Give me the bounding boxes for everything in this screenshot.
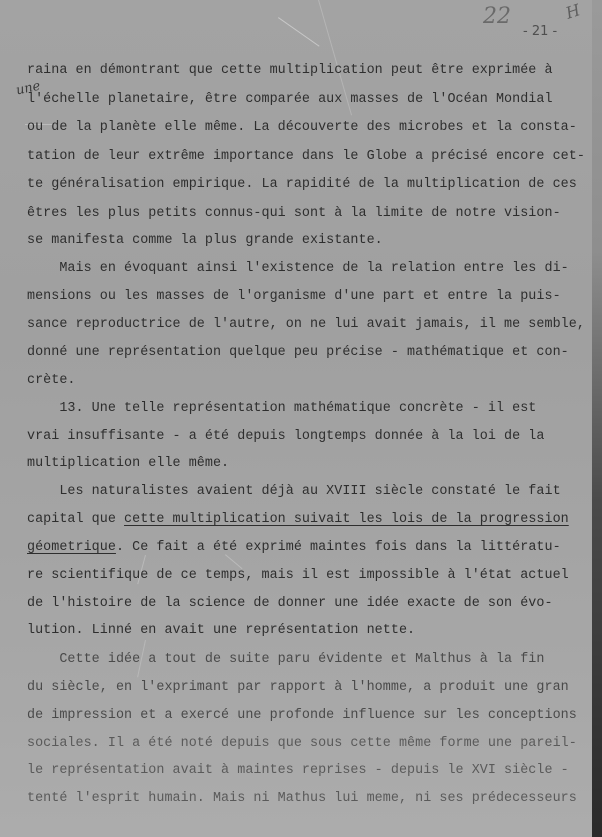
document-page: 22 - 21 - H une raina en démontrant que … <box>0 0 602 837</box>
film-scratch <box>278 17 320 46</box>
text-line-17-start: capital que <box>27 512 124 527</box>
text-line-27: tenté l'esprit humain. Mais ni Mathus lu… <box>27 791 577 807</box>
underlined-phrase: cette multiplication suivait les lois de… <box>124 512 569 527</box>
text-line-7: se manifesta comme la plus grande exista… <box>27 233 383 249</box>
text-line-4: tation de leur extrême importance dans l… <box>27 149 585 165</box>
text-line-15: multiplication elle même. <box>27 456 229 472</box>
text-line-21: lution. Linné en avait une représentatio… <box>27 623 415 639</box>
text-line-12: crète. <box>27 373 76 389</box>
text-line-5: te généralisation empirique. La rapidité… <box>27 177 577 193</box>
underlined-word-geometrique: géometrique <box>27 540 116 555</box>
text-line-23: du siècle, en l'exprimant par rapport à … <box>27 680 569 696</box>
text-line-8: Mais en évoquant ainsi l'existence de la… <box>27 261 569 277</box>
typed-page-number: - 21 - <box>523 24 557 39</box>
text-line-10: sance reproductrice de l'autre, on ne lu… <box>27 317 585 333</box>
text-line-9: mensions ou les masses de l'organisme d'… <box>27 289 561 305</box>
text-line-18-rest: . Ce fait a été exprimé maintes fois dan… <box>116 540 561 555</box>
text-line-19: re scientifique de ce temps, mais il est… <box>27 568 569 584</box>
text-line-20: de l'histoire de la science de donner un… <box>27 596 553 612</box>
film-scratch <box>225 554 242 569</box>
text-line-14: vrai insuffisante - a été depuis longtem… <box>27 429 544 445</box>
handwritten-page-number: 22 <box>483 4 511 29</box>
text-line-22: Cette idée a tout de suite paru évidente… <box>27 652 544 668</box>
text-line-16: Les naturalistes avaient déjà au XVIII s… <box>27 484 561 500</box>
text-line-1: raina en démontrant que cette multiplica… <box>27 63 553 79</box>
scan-edge-shadow <box>592 0 602 837</box>
text-line-2: l'échelle planetaire, être comparée aux … <box>27 92 553 108</box>
text-line-13: 13. Une telle représentation mathématiqu… <box>27 401 536 417</box>
text-line-25: sociales. Il a été noté depuis que sous … <box>27 736 577 752</box>
text-line-3: ou de la planète elle même. La découvert… <box>27 120 577 136</box>
text-line-6: êtres les plus petits connus-qui sont à … <box>27 206 561 222</box>
text-line-24: de impression et a exercé une profonde i… <box>27 708 577 724</box>
text-line-11: donné une représentation quelque peu pré… <box>27 345 569 361</box>
text-line-18: géometrique. Ce fait a été exprimé maint… <box>27 540 561 556</box>
page-mark-h: H <box>563 0 582 22</box>
text-line-17: capital que cette multiplication suivait… <box>27 512 569 528</box>
text-line-26: le représentation avait à maintes repris… <box>27 763 569 779</box>
